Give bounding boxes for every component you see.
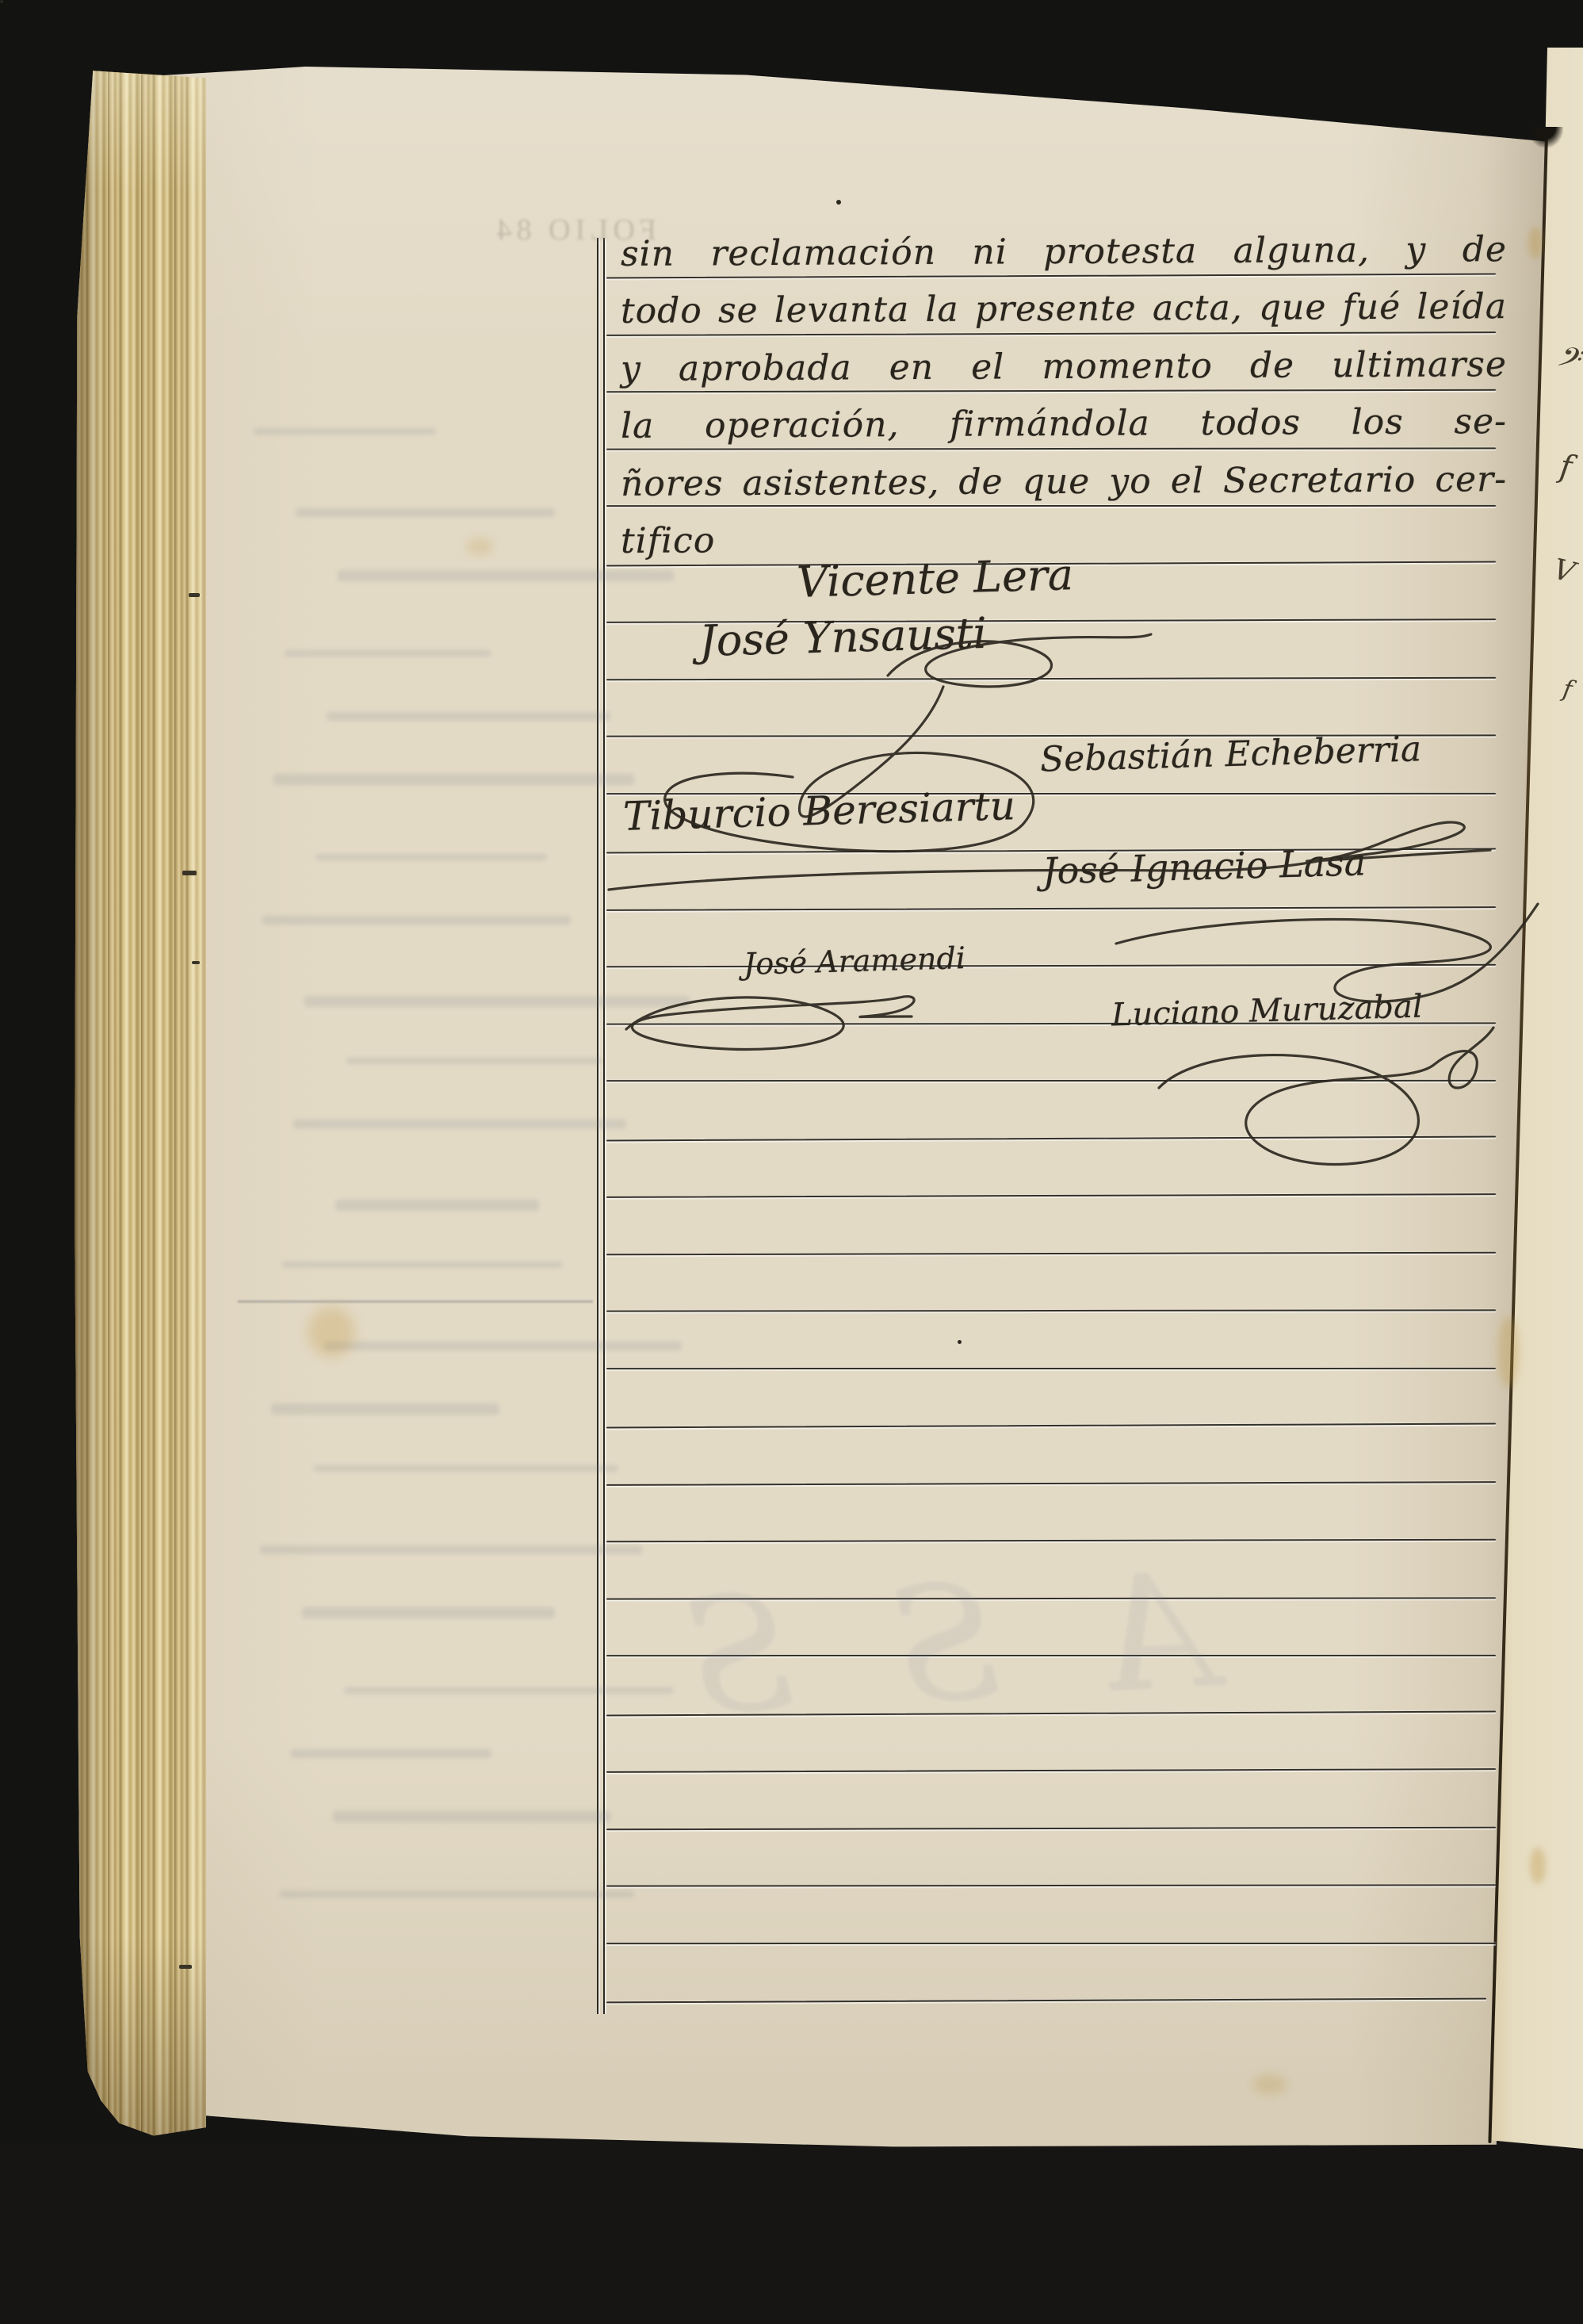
scanned-register-photograph: 𝄢 𝑓 𝑉 𝑓 FOLIO 84 A S S sin reclamación n… [0, 0, 1583, 2324]
ruled-line [606, 1655, 1496, 1656]
ruled-line [606, 1367, 1496, 1369]
page-edges-shading [75, 67, 206, 2144]
page-edge-mark [192, 961, 200, 964]
book-page-edges [75, 67, 206, 2144]
handwritten-line-2: todo se levanta la presente acta, que fu… [621, 283, 1507, 337]
margin-rule-line [603, 238, 605, 2014]
signature-jose-aramendi: José Aramendi [743, 940, 965, 982]
page-edge-mark [179, 1965, 192, 1969]
page-edge-mark [189, 593, 200, 597]
bleedthrough-rule-line [238, 1300, 593, 1303]
handwritten-line-4: la operación, firmándola todos los se- [621, 398, 1507, 452]
signature-vicente-lera: Vicente Lera [796, 549, 1074, 607]
handwritten-line-1: sin reclamación ni protesta alguna, y de [621, 226, 1507, 280]
ruled-line [606, 1080, 1496, 1082]
margin-rule-line [597, 238, 598, 2014]
page-edge-mark [182, 871, 197, 875]
handwritten-line-5: ñores asistentes, de que yo el Secretari… [621, 456, 1507, 510]
ink-speck [0, 0, 3, 3]
ruled-line [606, 1942, 1496, 1943]
signature-jose-ynsausti: José Ynsausti [698, 608, 987, 666]
backdrop-lower [0, 2141, 1583, 2324]
signature-jose-ignacio-lasa: José Ignacio Lasa [1042, 840, 1366, 892]
handwritten-line-3: y aprobada en el momento de ultimarse [621, 341, 1507, 395]
gutter-top-notch [1528, 127, 1563, 147]
